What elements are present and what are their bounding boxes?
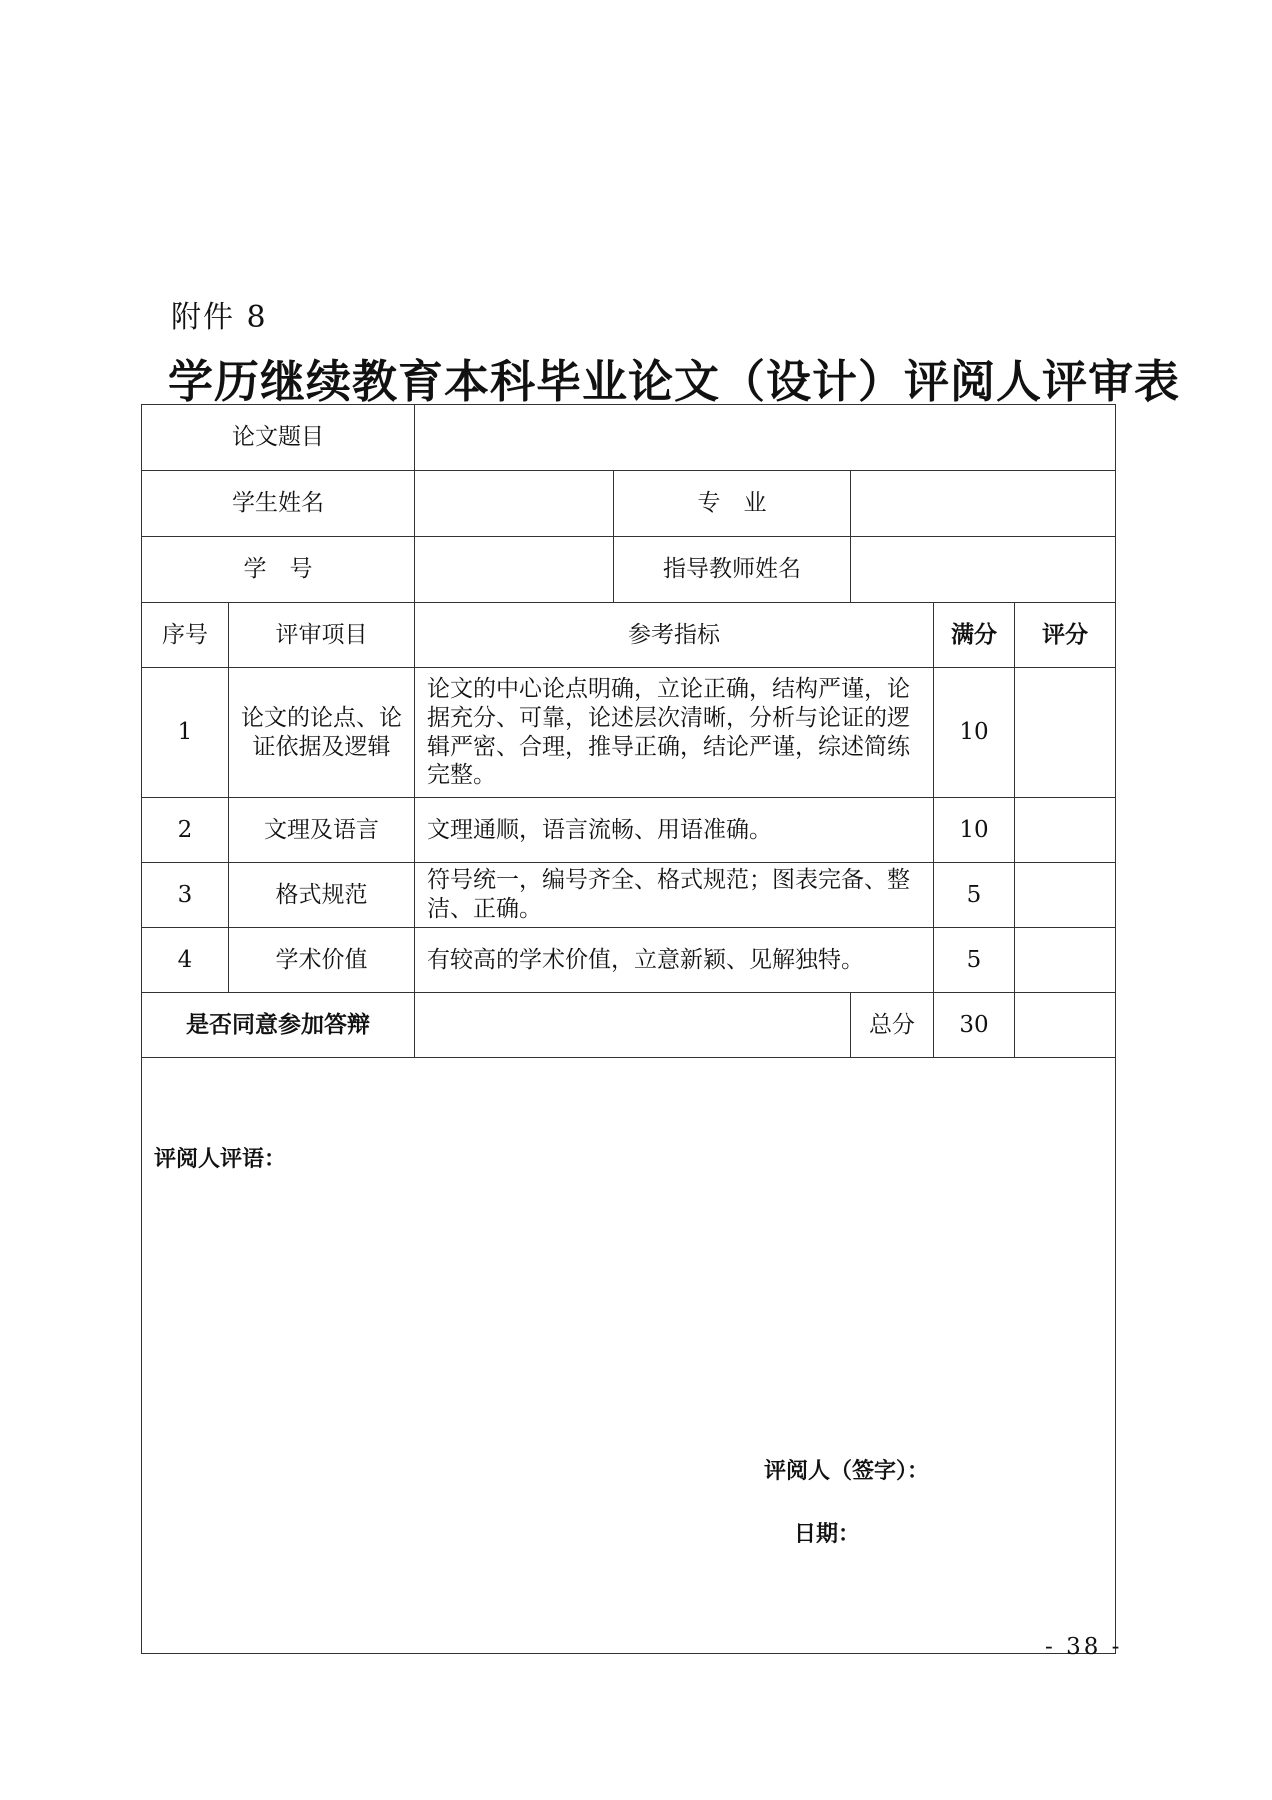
total-full-score: 30	[934, 993, 1015, 1058]
criteria-no: 4	[142, 928, 229, 993]
advisor-label: 指导教师姓名	[614, 537, 851, 603]
criteria-reference: 符号统一，编号齐全、格式规范；图表完备、整洁、正确。	[415, 863, 934, 928]
criteria-item: 学术价值	[229, 928, 415, 993]
criteria-score-field[interactable]	[1015, 798, 1116, 863]
student-id-field[interactable]	[415, 537, 614, 603]
major-label: 专 业	[614, 471, 851, 537]
header-score: 评分	[1015, 603, 1116, 668]
criteria-row: 3 格式规范 符号统一，编号齐全、格式规范；图表完备、整洁、正确。 5	[142, 863, 1116, 928]
criteria-no: 3	[142, 863, 229, 928]
criteria-row: 2 文理及语言 文理通顺，语言流畅、用语准确。 10	[142, 798, 1116, 863]
criteria-no: 1	[142, 668, 229, 798]
defense-field[interactable]	[415, 993, 851, 1058]
criteria-reference: 文理通顺，语言流畅、用语准确。	[415, 798, 934, 863]
comments-row: 评阅人评语： 评阅人（签字）： 日期：	[142, 1058, 1116, 1654]
thesis-title-row: 论文题目	[142, 405, 1116, 471]
comments-cell[interactable]: 评阅人评语： 评阅人（签字）： 日期：	[142, 1058, 1116, 1654]
criteria-row: 1 论文的论点、论证依据及逻辑 论文的中心论点明确，立论正确，结构严谨，论据充分…	[142, 668, 1116, 798]
advisor-field[interactable]	[851, 537, 1116, 603]
header-full-score: 满分	[934, 603, 1015, 668]
summary-row: 是否同意参加答辩 总分 30	[142, 993, 1116, 1058]
thesis-title-label: 论文题目	[142, 405, 415, 471]
criteria-item: 格式规范	[229, 863, 415, 928]
total-label: 总分	[851, 993, 934, 1058]
student-name-label: 学生姓名	[142, 471, 415, 537]
header-item: 评审项目	[229, 603, 415, 668]
review-form-table: 论文题目 学生姓名 专 业 学 号 指导教师姓名 序号 评审项目 参考指标 满分…	[141, 404, 1116, 1654]
defense-label: 是否同意参加答辩	[142, 993, 415, 1058]
criteria-header-row: 序号 评审项目 参考指标 满分 评分	[142, 603, 1116, 668]
major-field[interactable]	[851, 471, 1116, 537]
criteria-item: 文理及语言	[229, 798, 415, 863]
student-id-label: 学 号	[142, 537, 415, 603]
criteria-score-field[interactable]	[1015, 668, 1116, 798]
comments-label: 评阅人评语：	[154, 1146, 286, 1174]
student-id-row: 学 号 指导教师姓名	[142, 537, 1116, 603]
criteria-no: 2	[142, 798, 229, 863]
criteria-row: 4 学术价值 有较高的学术价值，立意新颖、见解独特。 5	[142, 928, 1116, 993]
criteria-score-field[interactable]	[1015, 928, 1116, 993]
criteria-score-field[interactable]	[1015, 863, 1116, 928]
criteria-full-score: 10	[934, 668, 1015, 798]
criteria-full-score: 5	[934, 863, 1015, 928]
header-reference: 参考指标	[415, 603, 934, 668]
header-no: 序号	[142, 603, 229, 668]
criteria-item: 论文的论点、论证依据及逻辑	[229, 668, 415, 798]
criteria-reference: 论文的中心论点明确，立论正确，结构严谨，论据充分、可靠，论述层次清晰，分析与论证…	[415, 668, 934, 798]
student-name-row: 学生姓名 专 业	[142, 471, 1116, 537]
student-name-field[interactable]	[415, 471, 614, 537]
criteria-reference: 有较高的学术价值，立意新颖、见解独特。	[415, 928, 934, 993]
thesis-title-field[interactable]	[415, 405, 1116, 471]
page-title: 学历继续教育本科毕业论文（设计）评阅人评审表	[168, 345, 1180, 410]
date-label: 日期：	[794, 1521, 860, 1549]
total-score-field[interactable]	[1015, 993, 1116, 1058]
signature-label: 评阅人（签字）：	[764, 1458, 929, 1486]
attachment-label: 附件 8	[171, 292, 268, 336]
criteria-full-score: 5	[934, 928, 1015, 993]
page-number: - 38 -	[1045, 1634, 1122, 1660]
criteria-full-score: 10	[934, 798, 1015, 863]
